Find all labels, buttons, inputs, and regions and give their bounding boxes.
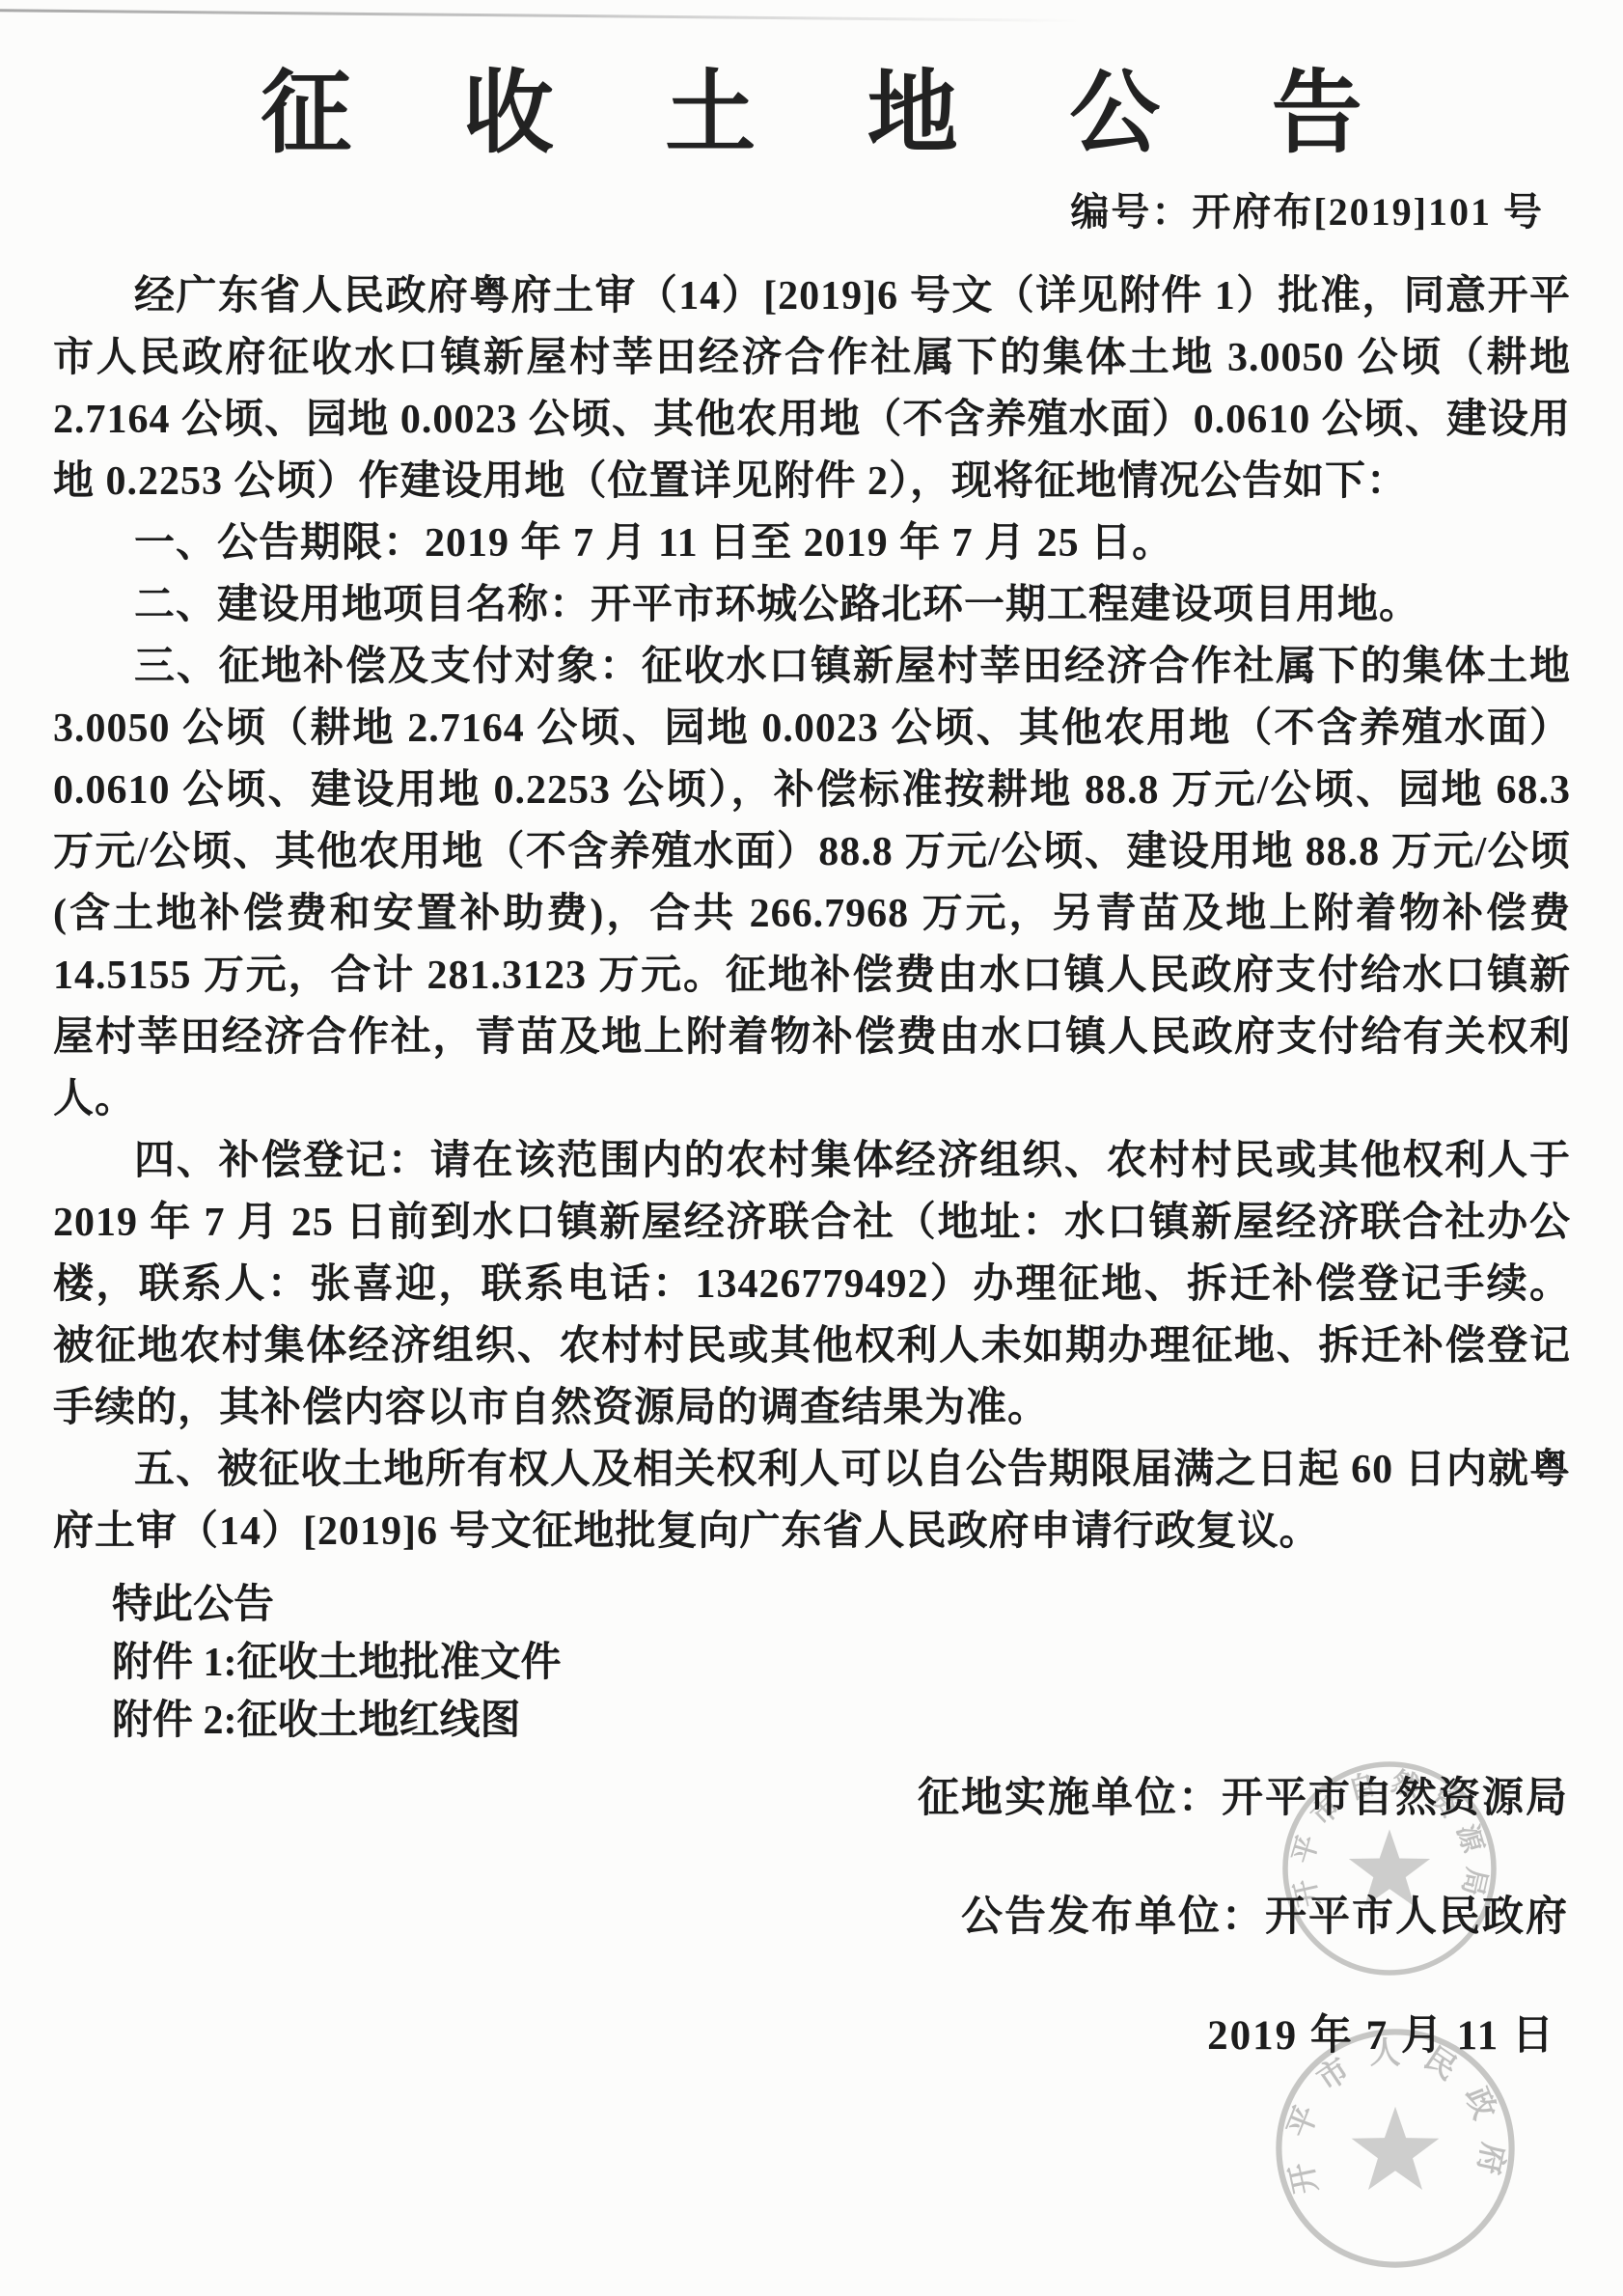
attachment-1: 附件 1:征收土地批准文件 — [112, 1634, 1623, 1692]
notice-body: 经广东省人民政府粤府土审（14）[2019]6 号文（详见附件 1）批准，同意开… — [0, 265, 1623, 1563]
page-title: 征 收 土 地 公 告 — [0, 54, 1623, 174]
scan-artifact-line — [0, 9, 1081, 22]
issue-date: 2019 年 7 月 11 日 — [0, 2003, 1623, 2061]
item-5-review-rights: 五、被征收土地所有权人及相关权利人可以自公告期限届满之日起 60 日内就粤府土审… — [53, 1439, 1571, 1563]
notice-content: 征 收 土 地 公 告 编号：开府布[2019]101 号 经广东省人民政府粤府… — [0, 54, 1623, 2061]
closing-statement: 特此公告 — [112, 1576, 1623, 1634]
item-1-notice-period: 一、公告期限：2019 年 7 月 11 日至 2019 年 7 月 25 日。 — [53, 512, 1571, 574]
item-3-compensation: 三、征地补偿及支付对象：征收水口镇新屋村莘田经济合作社属下的集体土地 3.005… — [53, 636, 1571, 1130]
document-number: 编号：开府布[2019]101 号 — [0, 181, 1623, 236]
seal-star-icon — [1352, 2107, 1440, 2190]
implementing-unit-line: 征地实施单位：开平市自然资源局 — [0, 1765, 1623, 1824]
intro-paragraph: 经广东省人民政府粤府土审（14）[2019]6 号文（详见附件 1）批准，同意开… — [53, 265, 1571, 512]
closing-block: 特此公告 附件 1:征收土地批准文件 附件 2:征收土地红线图 — [0, 1576, 1623, 1750]
item-4-registration: 四、补偿登记：请在该范围内的农村集体经济组织、农村村民或其他权利人于 2019 … — [53, 1130, 1571, 1439]
item-2-project-name: 二、建设用地项目名称：开平市环城公路北环一期工程建设项目用地。 — [53, 574, 1571, 636]
scanned-notice-page: 开平市自然资源局 开平市人民政府 征 收 土 地 公 告 编号：开府布[2019… — [0, 0, 1623, 2296]
attachment-2: 附件 2:征收土地红线图 — [112, 1692, 1623, 1750]
issuing-unit-line: 公告发布单位：开平市人民政府 — [0, 1884, 1623, 1943]
